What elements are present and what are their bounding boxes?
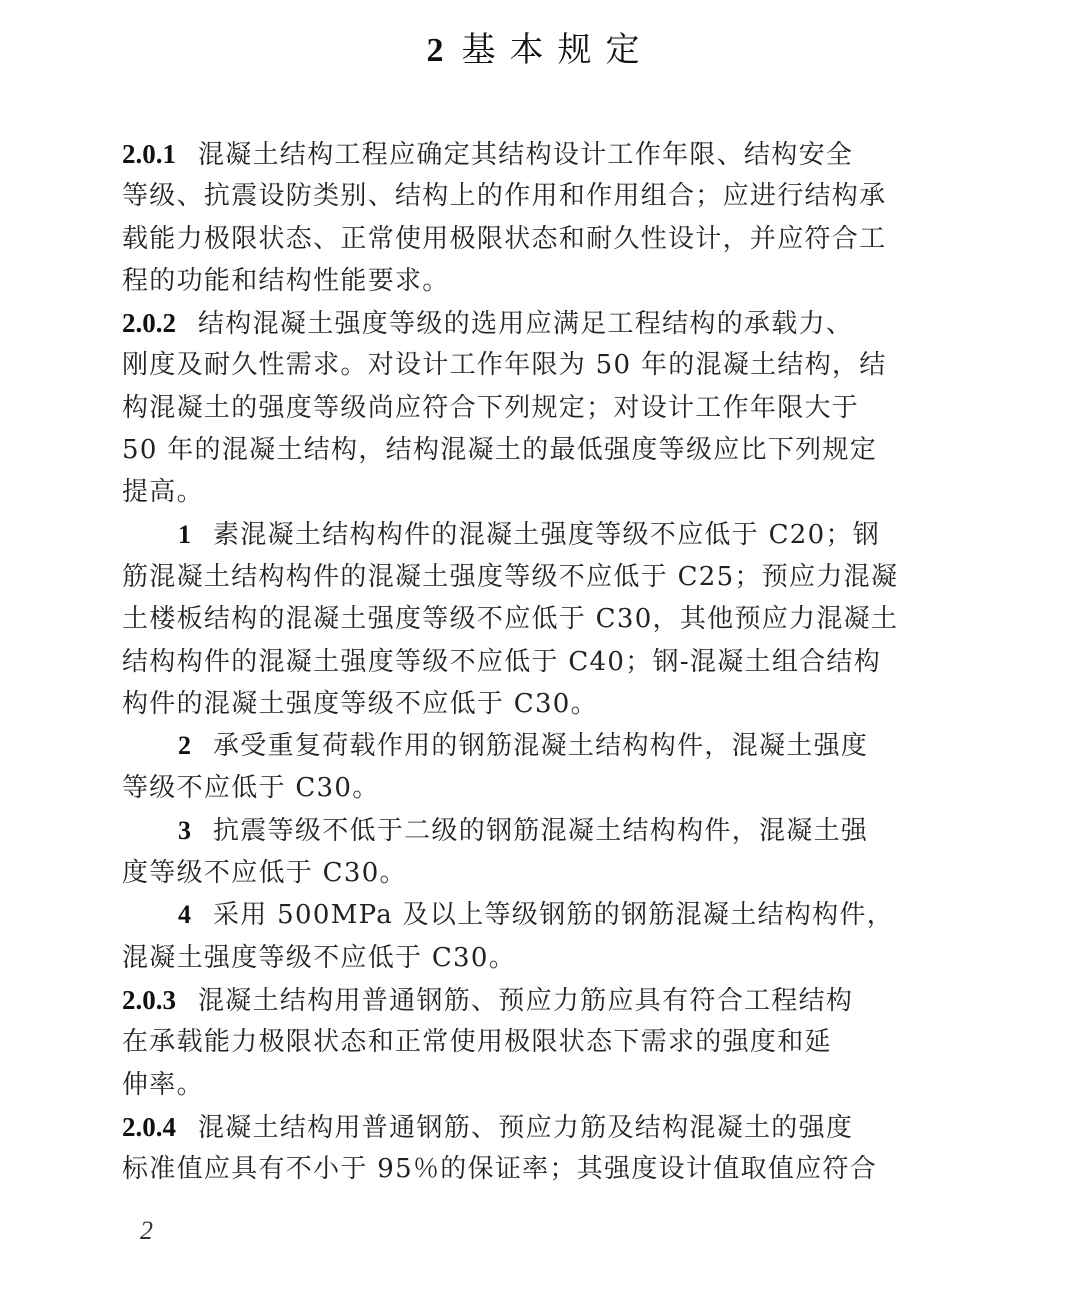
item-text: 采用 500MPa 及以上等级钢筋的钢筋混凝土结构构件，	[213, 900, 894, 930]
text-line: 度等级不应低于 C30。	[122, 852, 922, 894]
text-line: 程的功能和结构性能要求。	[122, 260, 922, 302]
text-line: 1素混凝土结构构件的混凝土强度等级不应低于 C20；钢	[122, 514, 922, 556]
text-line: 2.0.2结构混凝土强度等级的选用应满足工程结构的承载力、	[122, 302, 922, 344]
item-number: 1	[178, 520, 191, 549]
text-line: 伸率。	[122, 1064, 922, 1106]
chapter-number: 2	[427, 32, 444, 69]
item-number: 3	[178, 816, 191, 845]
clause-2-0-4: 2.0.4混凝土结构用普通钢筋、预应力筋及结构混凝土的强度 标准值应具有不小于 …	[122, 1106, 922, 1191]
clause-number: 2.0.4	[122, 1112, 176, 1142]
clause-number: 2.0.3	[122, 985, 176, 1015]
page-number: 2	[140, 1216, 153, 1246]
clause-text: 结构混凝土强度等级的选用应满足工程结构的承载力、	[198, 309, 853, 339]
clause-number: 2.0.1	[122, 139, 176, 169]
text-line: 在承载能力极限状态和正常使用极限状态下需求的强度和延	[122, 1021, 922, 1063]
text-line: 50 年的混凝土结构，结构混凝土的最低强度等级应比下列规定	[122, 429, 922, 471]
clause-2-0-2: 2.0.2结构混凝土强度等级的选用应满足工程结构的承载力、 刚度及耐久性需求。对…	[122, 302, 922, 979]
clause-2-0-3: 2.0.3混凝土结构用普通钢筋、预应力筋应具有符合工程结构 在承载能力极限状态和…	[122, 979, 922, 1106]
text-line: 构混凝土的强度等级尚应符合下列规定；对设计工作年限大于	[122, 387, 922, 429]
clause-text: 混凝土结构工程应确定其结构设计工作年限、结构安全	[198, 140, 853, 170]
clause-text: 混凝土结构用普通钢筋、预应力筋及结构混凝土的强度	[198, 1113, 853, 1143]
text-line: 混凝土强度等级不应低于 C30。	[122, 937, 922, 979]
text-line: 标准值应具有不小于 95％的保证率；其强度设计值取值应符合	[122, 1148, 922, 1190]
page-body: 2.0.1混凝土结构工程应确定其结构设计工作年限、结构安全 等级、抗震设防类别、…	[122, 133, 922, 1190]
chapter-title: 2基本规定	[0, 22, 1080, 71]
chapter-title-text: 基本规定	[462, 30, 654, 70]
clause-2-0-1: 2.0.1混凝土结构工程应确定其结构设计工作年限、结构安全 等级、抗震设防类别、…	[122, 133, 922, 302]
text-line: 4采用 500MPa 及以上等级钢筋的钢筋混凝土结构构件，	[122, 894, 922, 936]
text-line: 构件的混凝土强度等级不应低于 C30。	[122, 683, 922, 725]
item-text: 素混凝土结构构件的混凝土强度等级不应低于 C20；钢	[213, 520, 880, 550]
text-line: 提高。	[122, 471, 922, 513]
item-text: 承受重复荷载作用的钢筋混凝土结构构件，混凝土强度	[213, 731, 868, 761]
sub-item-4: 4采用 500MPa 及以上等级钢筋的钢筋混凝土结构构件， 混凝土强度等级不应低…	[122, 894, 922, 979]
sub-item-1: 1素混凝土结构构件的混凝土强度等级不应低于 C20；钢 筋混凝土结构构件的混凝土…	[122, 514, 922, 725]
item-number: 4	[178, 900, 191, 929]
text-line: 2.0.1混凝土结构工程应确定其结构设计工作年限、结构安全	[122, 133, 922, 175]
clause-text: 混凝土结构用普通钢筋、预应力筋应具有符合工程结构	[198, 986, 853, 1016]
text-line: 载能力极限状态、正常使用极限状态和耐久性设计，并应符合工	[122, 218, 922, 260]
text-line: 刚度及耐久性需求。对设计工作年限为 50 年的混凝土结构，结	[122, 344, 922, 386]
text-line: 等级不应低于 C30。	[122, 767, 922, 809]
text-line: 2.0.3混凝土结构用普通钢筋、预应力筋应具有符合工程结构	[122, 979, 922, 1021]
text-line: 土楼板结构的混凝土强度等级不应低于 C30，其他预应力混凝土	[122, 598, 922, 640]
text-line: 等级、抗震设防类别、结构上的作用和作用组合；应进行结构承	[122, 175, 922, 217]
clause-number: 2.0.2	[122, 308, 176, 338]
text-line: 2承受重复荷载作用的钢筋混凝土结构构件，混凝土强度	[122, 725, 922, 767]
text-line: 结构构件的混凝土强度等级不应低于 C40；钢-混凝土组合结构	[122, 641, 922, 683]
text-line: 3抗震等级不低于二级的钢筋混凝土结构构件，混凝土强	[122, 810, 922, 852]
text-line: 2.0.4混凝土结构用普通钢筋、预应力筋及结构混凝土的强度	[122, 1106, 922, 1148]
sub-item-2: 2承受重复荷载作用的钢筋混凝土结构构件，混凝土强度 等级不应低于 C30。	[122, 725, 922, 810]
sub-item-3: 3抗震等级不低于二级的钢筋混凝土结构构件，混凝土强 度等级不应低于 C30。	[122, 810, 922, 895]
item-text: 抗震等级不低于二级的钢筋混凝土结构构件，混凝土强	[213, 816, 868, 846]
item-number: 2	[178, 731, 191, 760]
text-line: 筋混凝土结构构件的混凝土强度等级不应低于 C25；预应力混凝	[122, 556, 922, 598]
